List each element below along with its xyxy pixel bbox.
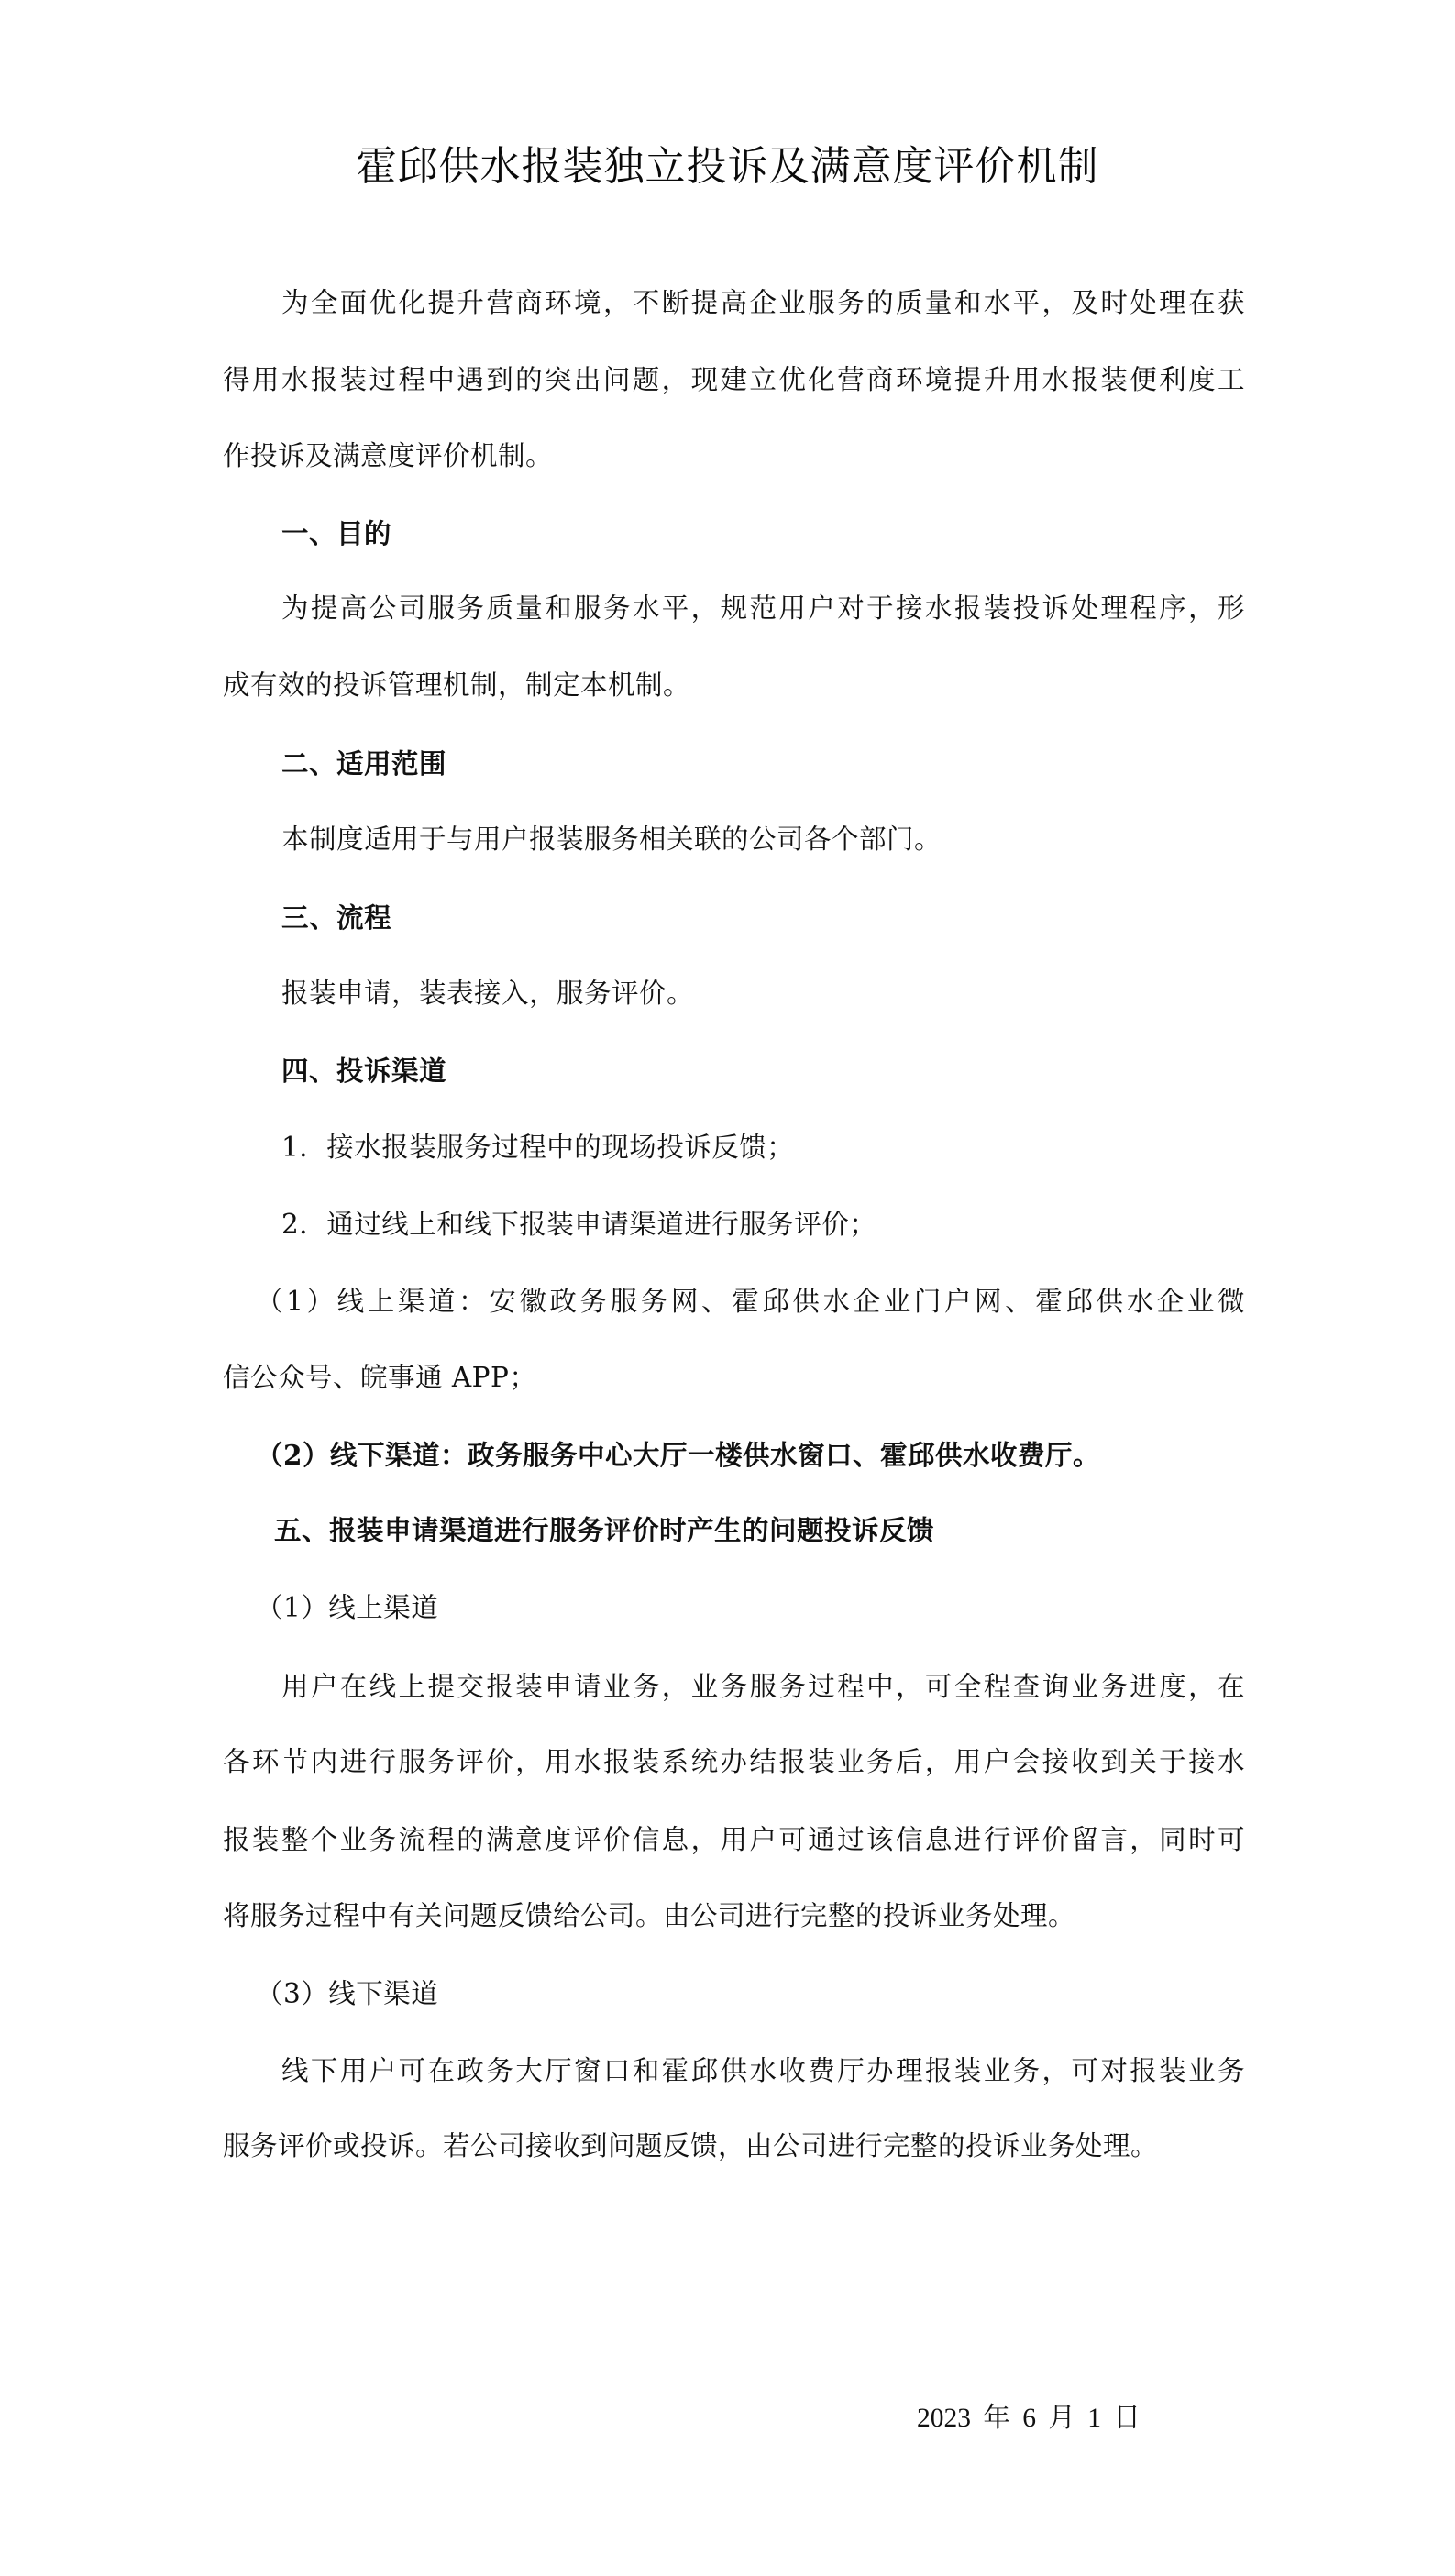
section-5-offline-line-1: 线下用户可在政务大厅窗口和霍邱供水收费厅办理报装业务，可对报装业务 [223,2052,1245,2089]
section-5-offline-line-2: 服务评价或投诉。若公司接收到问题反馈，由公司进行完整的投诉业务处理。 [223,2128,1245,2164]
section-5-online-subheading: （1）线上渠道 [223,1589,1245,1626]
section-5-online-line-1: 用户在线上提交报装申请业务，业务服务过程中，可全程查询业务进度，在 [223,1668,1245,1705]
section-1-line-1: 为提高公司服务质量和服务水平，规范用户对于接水报装投诉处理程序，形 [223,590,1245,626]
intro-line-2: 得用水报装过程中遇到的突出问题，现建立优化营商环境提升用水报装便利度工 [223,361,1245,398]
section-5-online-line-2: 各环节内进行服务评价，用水报装系统办结报装业务后，用户会接收到关于接水 [223,1743,1245,1780]
document-date: 2023 年 6 月 1 日 [917,2400,1141,2437]
section-5-heading: 五、报装申请渠道进行服务评价时产生的问题投诉反馈 [223,1512,1245,1549]
section-4-item-1: 1．接水报装服务过程中的现场投诉反馈； [223,1129,1245,1166]
section-3-line-1: 报装申请，装表接入，服务评价。 [223,975,1245,1012]
section-4-heading: 四、投诉渠道 [223,1053,1245,1089]
section-5-online-line-4: 将服务过程中有关问题反馈给公司。由公司进行完整的投诉业务处理。 [223,1897,1245,1934]
section-2-heading: 二、适用范围 [223,746,1245,782]
section-4-online-line-1: （1）线上渠道：安徽政务服务网、霍邱供水企业门户网、霍邱供水企业微 [223,1283,1245,1320]
document-page: 霍邱供水报装独立投诉及满意度评价机制 为全面优化提升营商环境，不断提高企业服务的… [0,0,1455,2576]
intro-line-1: 为全面优化提升营商环境，不断提高企业服务的质量和水平，及时处理在获 [223,284,1245,321]
section-4-offline-line: （2）线下渠道：政务服务中心大厅一楼供水窗口、霍邱供水收费厅。 [223,1437,1245,1474]
section-4-online-line-2: 信公众号、皖事通 APP； [223,1359,1245,1396]
section-5-online-line-3: 报装整个业务流程的满意度评价信息，用户可通过该信息进行评价留言，同时可 [223,1821,1245,1858]
section-5-offline-subheading: （3）线下渠道 [223,1975,1245,2012]
intro-line-3: 作投诉及满意度评价机制。 [223,437,1245,474]
section-2-line-1: 本制度适用于与用户报装服务相关联的公司各个部门。 [223,821,1245,857]
section-1-line-2: 成有效的投诉管理机制，制定本机制。 [223,667,1245,703]
section-4-item-2: 2．通过线上和线下报装申请渠道进行服务评价； [223,1206,1245,1243]
section-1-heading: 一、目的 [223,515,1245,552]
section-3-heading: 三、流程 [223,900,1245,936]
document-title: 霍邱供水报装独立投诉及满意度评价机制 [0,139,1455,194]
